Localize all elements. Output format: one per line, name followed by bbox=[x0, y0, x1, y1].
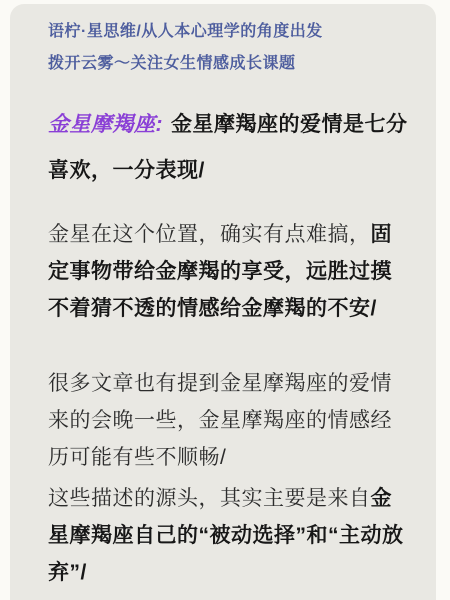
post-card: 语柠·星思维/从人本心理学的角度出发 拨开云雾～关注女生情感成长课题 金星摩羯座… bbox=[10, 4, 436, 600]
paragraph-2: 很多文章也有提到金星摩羯座的爱情来的会晚一些，金星摩羯座的情感经历可能有些不顺畅… bbox=[48, 365, 408, 476]
header-line-2: 拨开云雾～关注女生情感成长课题 bbox=[48, 48, 408, 80]
header-line-1: 语柠·星思维/从人本心理学的角度出发 bbox=[48, 16, 408, 48]
post-title: 金星摩羯座:金星摩羯座的爱情是七分喜欢，一分表现/ bbox=[48, 102, 408, 194]
paragraph-3-normal-text: 这些描述的源头，其实主要是来自 bbox=[48, 487, 371, 510]
post-header: 语柠·星思维/从人本心理学的角度出发 拨开云雾～关注女生情感成长课题 bbox=[48, 16, 408, 80]
paragraph-1: 金星在这个位置，确实有点难搞，固定事物带给金摩羯的享受，远胜过摸不着猜不透的情感… bbox=[48, 216, 408, 327]
paragraph-1-normal-text: 金星在这个位置，确实有点难搞， bbox=[48, 223, 371, 246]
paragraph-3: 这些描述的源头，其实主要是来自金星摩羯座自己的“被动选择”和“主动放弃”/ bbox=[48, 480, 408, 591]
paragraph-2-text: 很多文章也有提到金星摩羯座的爱情来的会晚一些，金星摩羯座的情感经历可能有些不顺畅… bbox=[48, 372, 392, 469]
title-highlight: 金星摩羯座: bbox=[48, 113, 163, 136]
